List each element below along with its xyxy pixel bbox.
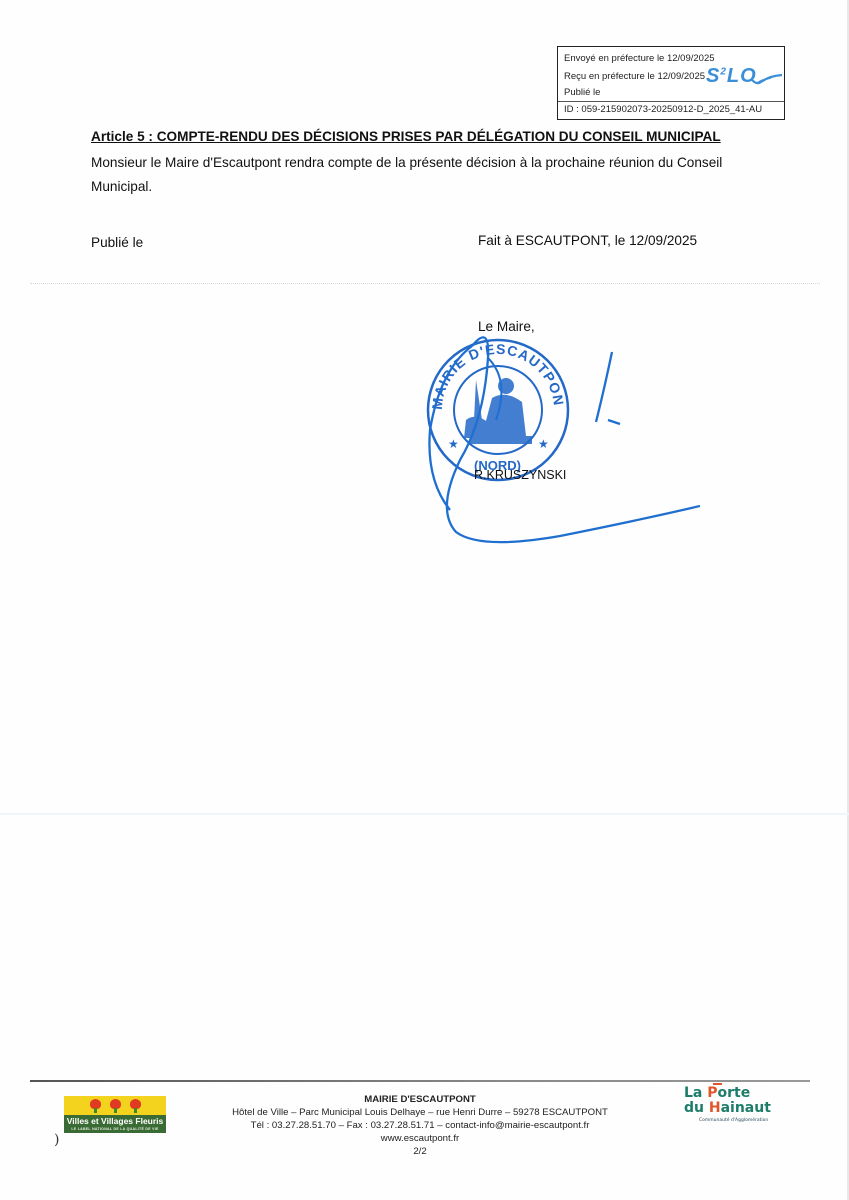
flower-icon bbox=[130, 1099, 141, 1109]
checkmark-icon bbox=[751, 73, 783, 87]
published-label: Publié le bbox=[91, 235, 143, 250]
footer-address: Hôtel de Ville – Parc Municipal Louis De… bbox=[200, 1106, 640, 1119]
page-number: 2/2 bbox=[200, 1145, 640, 1158]
flower-icon bbox=[110, 1099, 121, 1109]
footer-address-block: MAIRIE D'ESCAUTPONT Hôtel de Ville – Par… bbox=[200, 1093, 640, 1158]
footer-title: MAIRIE D'ESCAUTPONT bbox=[200, 1093, 640, 1106]
villes-villages-fleuris-logo: Villes et Villages Fleuris LE LABEL NATI… bbox=[64, 1096, 166, 1133]
done-at: Fait à ESCAUTPONT, le 12/09/2025 bbox=[478, 233, 697, 248]
prefecture-received-date: Reçu en préfecture le 12/09/2025 bbox=[564, 71, 705, 82]
la-porte-du-hainaut-logo: La Porte du Hainaut Communauté d'Agglomé… bbox=[684, 1086, 780, 1123]
footer-website: www.escautpont.fr bbox=[200, 1132, 640, 1145]
pen-mark: ) bbox=[54, 1132, 59, 1148]
flower-icon bbox=[90, 1099, 101, 1109]
footer-contact: Tél : 03.27.28.51.70 – Fax : 03.27.28.51… bbox=[200, 1119, 640, 1132]
prefecture-stamp: Envoyé en préfecture le 12/09/2025 Reçu … bbox=[557, 46, 785, 120]
prefecture-id: ID : 059-215902073-20250912-D_2025_41-AU bbox=[558, 101, 784, 115]
document-page: Envoyé en préfecture le 12/09/2025 Reçu … bbox=[0, 0, 849, 1200]
handwritten-signature bbox=[400, 310, 700, 550]
prefecture-sent-date: Envoyé en préfecture le 12/09/2025 bbox=[564, 53, 715, 64]
porte-logo-subtitle: Communauté d'Agglomération bbox=[699, 1118, 780, 1123]
article-body: Monsieur le Maire d'Escautpont rendra co… bbox=[91, 151, 751, 199]
footer-divider bbox=[30, 1080, 810, 1082]
signer-name: R.KRUSZYNSKI bbox=[474, 468, 566, 482]
prefecture-published: Publié le bbox=[564, 87, 600, 98]
s2lo-logo: S2LO bbox=[706, 65, 757, 88]
scan-artifact-line bbox=[30, 283, 820, 284]
article-title: Article 5 : COMPTE-RENDU DES DÉCISIONS P… bbox=[91, 129, 721, 144]
vvf-logo-text: Villes et Villages Fleuris bbox=[64, 1115, 166, 1127]
vvf-logo-subtitle: LE LABEL NATIONAL DE LA QUALITÉ DE VIE bbox=[64, 1127, 166, 1132]
scan-artifact-band bbox=[0, 813, 849, 815]
